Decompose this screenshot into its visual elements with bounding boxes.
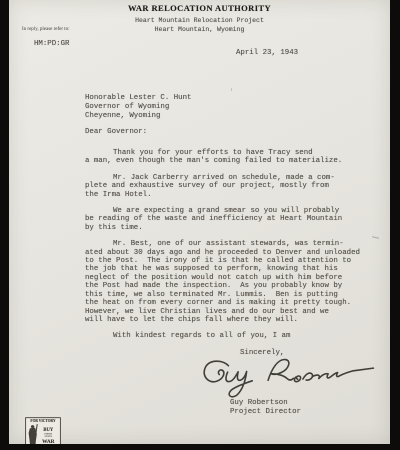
salutation: Dear Governor: <box>85 128 147 136</box>
body-paragraph: Thank you for your efforts to have Tracy… <box>85 149 377 166</box>
scanned-letter-frame: WAR RELOCATION AUTHORITY Heart Mountain … <box>0 0 400 450</box>
stamp-buy-text: BUY <box>43 428 53 433</box>
recipient-address-block: Honorable Lester C. Hunt Governor of Wyo… <box>85 94 191 120</box>
project-name-line: Heart Mountain Relocation Project <box>9 16 390 25</box>
signature-script <box>193 351 380 404</box>
paper-speck <box>231 88 232 91</box>
stamp-states-text: STATES <box>45 435 53 438</box>
recipient-name: Honorable Lester C. Hunt <box>85 94 191 103</box>
body-paragraph: With kindest regards to all of you, I am <box>85 332 377 340</box>
war-bonds-stamp: FOR VICTORY BUY UNITED STATES WAR <box>25 417 61 444</box>
letter-body: Thank you for your efforts to have Tracy… <box>85 149 377 349</box>
recipient-city: Cheyenne, Wyoming <box>85 112 191 121</box>
recipient-title: Governor of Wyoming <box>85 103 191 112</box>
body-paragraph: Mr. Best, one of our assistant stewards,… <box>85 240 377 324</box>
stamp-header-text: FOR VICTORY <box>30 419 56 423</box>
scan-edge-bottom <box>0 444 400 450</box>
letter-date: April 23, 1943 <box>236 49 298 57</box>
agency-title: WAR RELOCATION AUTHORITY <box>9 3 390 14</box>
scan-edge-right <box>390 0 400 450</box>
body-paragraph: We are expecting a grand smear so you wi… <box>85 207 377 232</box>
letter-paper: WAR RELOCATION AUTHORITY Heart Mountain … <box>9 0 390 444</box>
signature-block: Guy Robertson Project Director <box>230 399 301 417</box>
reply-reference-label: In reply, please refer to: <box>22 27 70 32</box>
signer-typed-title: Project Director <box>230 408 301 417</box>
reply-reference-code: HM:PD:GR <box>34 40 69 48</box>
signer-typed-name: Guy Robertson <box>230 399 301 408</box>
scan-edge-left <box>0 0 9 450</box>
body-paragraph: Mr. Jack Carberry arrived on schedule, m… <box>85 174 377 199</box>
